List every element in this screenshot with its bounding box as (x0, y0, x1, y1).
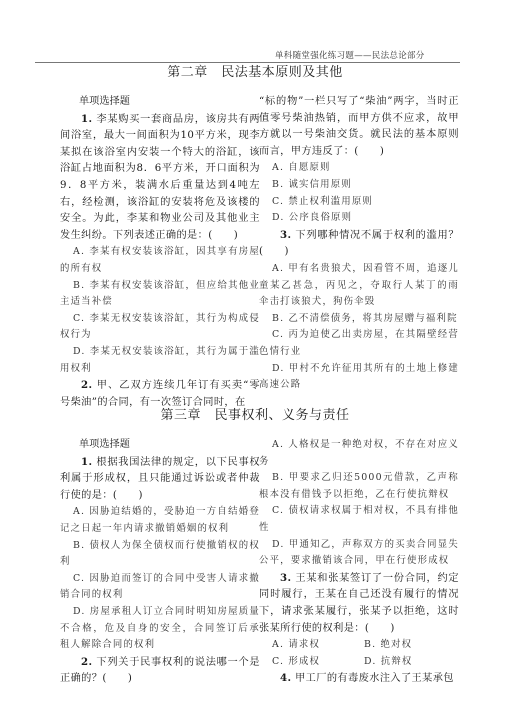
option-d: D. 抗辩权 (364, 654, 456, 671)
section-heading: 单项选择题 (60, 94, 260, 111)
option-c: C. 丙为迫使乙出卖房屋，在其隔壁经营色情行业 (259, 327, 459, 360)
running-head: 单科随堂强化练习题——民法总论部分 (275, 49, 425, 61)
chapter-3-left-column: 单项选择题 1. 根据我国法律的规定，以下民事权利属于形成权，且只能通过诉讼或者… (60, 437, 260, 688)
option-b: B. 债权人为保全债权而行使撤销权的权利 (60, 538, 260, 571)
option-a: A. 李某有权安装该浴缸，因其享有房屋的所有权 (60, 244, 260, 277)
option-d: D. 甲村不允许征用其所有的土地上修建高速公路 (259, 361, 459, 394)
option-d: D. 房屋承租人订立合同时明知房屋质量不合格，危及自身的安全，合同签订后承租人解… (60, 604, 260, 654)
question-2: 2. 下列关于民事权利的说法哪一个是正确的？( ) (60, 654, 260, 688)
question-number: 1. (81, 113, 92, 125)
option-c: C. 形成权 (272, 654, 364, 671)
option-a: A. 人格权是一种绝对权，不存在对应义务 (259, 437, 459, 470)
question-3: 3. 下列哪种情况不属于权利的滥用？( ) (259, 227, 459, 261)
question-2-continued: “标的物”一栏只写了“柴油”两字，当时正值零号柴油热销，而甲方供不应求，故甲方就… (259, 94, 459, 160)
option-b: B. 甲要求乙归还5000元借款，乙声称根本没有借钱予以拒绝，乙在行使抗辩权 (259, 470, 459, 503)
question-number: 2. (81, 656, 92, 668)
options-row-2: C. 形成权 D. 抗辩权 (259, 654, 459, 671)
option-d: D. 公序良俗原则 (259, 210, 459, 227)
option-c: C. 禁止权利滥用原则 (259, 194, 459, 211)
option-a: A. 自愿原则 (259, 160, 459, 177)
option-a: A. 请求权 (272, 637, 364, 654)
question-3: 3. 王某和张某签订了一份合同，约定同时履行，王某在自己还没有履行的情况下，请求… (259, 570, 459, 637)
option-b: B. 李某有权安装该浴缸，但应给其他业主适当补偿 (60, 278, 260, 311)
chapter-3-right-column: A. 人格权是一种绝对权，不存在对应义务 B. 甲要求乙归还5000元借款，乙声… (259, 437, 459, 688)
question-number: 3. (280, 572, 291, 584)
question-1: 1. 李某购买一套商品房，该房共有两间浴室，最大一间面积为10平方米，现李某拟在… (60, 111, 260, 245)
option-c: C. 李某无权安装该浴缸，其行为构成侵权行为 (60, 311, 260, 344)
chapter-2-left-column: 单项选择题 1. 李某购买一套商品房，该房共有两间浴室，最大一间面积为10平方米… (60, 94, 260, 411)
option-b: B. 诚实信用原则 (259, 177, 459, 194)
chapter-2-title: 第二章 民法基本原则及其他 (0, 61, 510, 80)
option-b: B. 乙不清偿债务，将其房屋赠与福利院 (259, 311, 459, 328)
chapter-3-title: 第三章 民事权利、义务与责任 (0, 404, 510, 423)
question-number: 3. (280, 229, 291, 241)
option-d: D. 甲通知乙，声称双方的买卖合同显失公平，要求撤销该合同，甲在行使形成权 (259, 537, 459, 570)
option-a: A. 甲有名贵狼犬，因看管不周，追逐儿童某乙甚急，丙见之，夺取行人某丁的雨伞击打… (259, 261, 459, 311)
option-a: A. 因胁迫结婚的，受胁迫一方自结婚登记之日起一年内请求撤销婚姻的权利 (60, 504, 260, 537)
options-row-1: A. 请求权 B. 绝对权 (259, 637, 459, 654)
question-number: 2. (81, 379, 92, 391)
question-1: 1. 根据我国法律的规定，以下民事权利属于形成权，且只能通过诉讼或者仲裁行使的是… (60, 454, 260, 505)
question-stem: 甲工厂的有毒废水注入了王某承包 (295, 673, 454, 684)
option-d: D. 李某无权安装该浴缸，其行为属于滥用权利 (60, 344, 260, 377)
question-stem: 李某购买一套商品房，该房共有两间浴室，最大一间面积为10平方米，现李某拟在该浴室… (60, 114, 260, 241)
section-heading: 单项选择题 (60, 437, 260, 454)
question-4: 4. 甲工厂的有毒废水注入了王某承包 (259, 670, 459, 688)
option-c: C. 因胁迫而签订的合同中受害人请求撤销合同的权利 (60, 571, 260, 604)
chapter-2-right-column: “标的物”一栏只写了“柴油”两字，当时正值零号柴油热销，而甲方供不应求，故甲方就… (259, 94, 459, 394)
option-b: B. 绝对权 (364, 637, 456, 654)
question-number: 4. (280, 672, 291, 684)
question-number: 1. (81, 456, 92, 468)
option-c: C. 债权请求权属于相对权，不具有排他性 (259, 503, 459, 536)
